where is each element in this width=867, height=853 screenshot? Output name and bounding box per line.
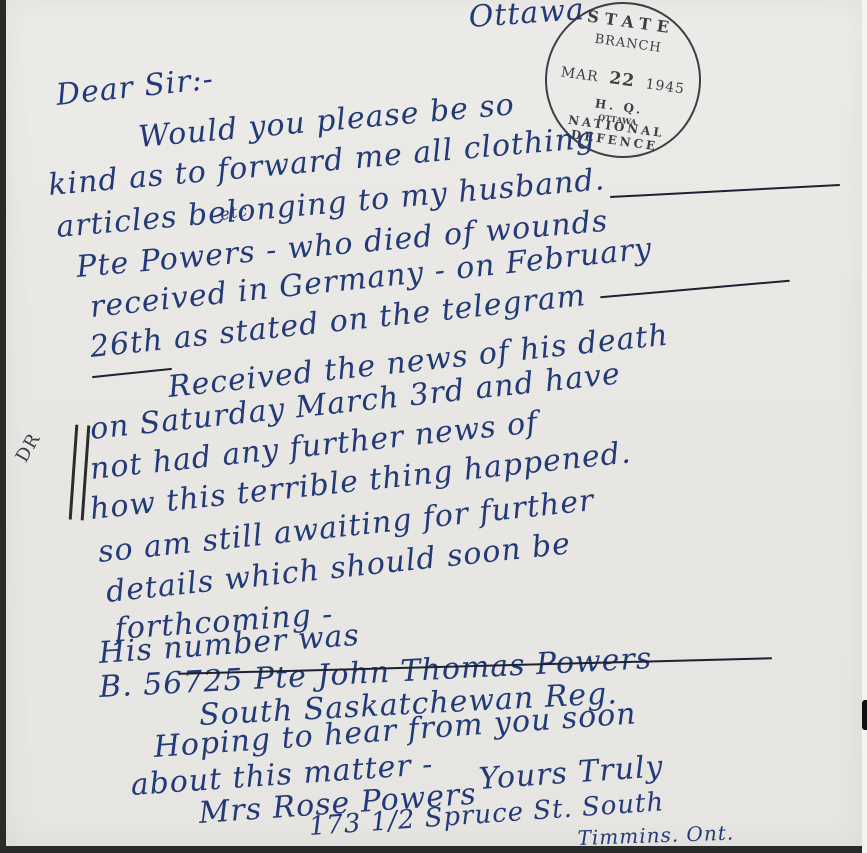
stamp-month: MAR	[560, 64, 600, 85]
binder-clip-shadow	[862, 700, 867, 730]
stamp-day: 22	[608, 68, 636, 91]
stamp-year: 1945	[644, 76, 685, 97]
